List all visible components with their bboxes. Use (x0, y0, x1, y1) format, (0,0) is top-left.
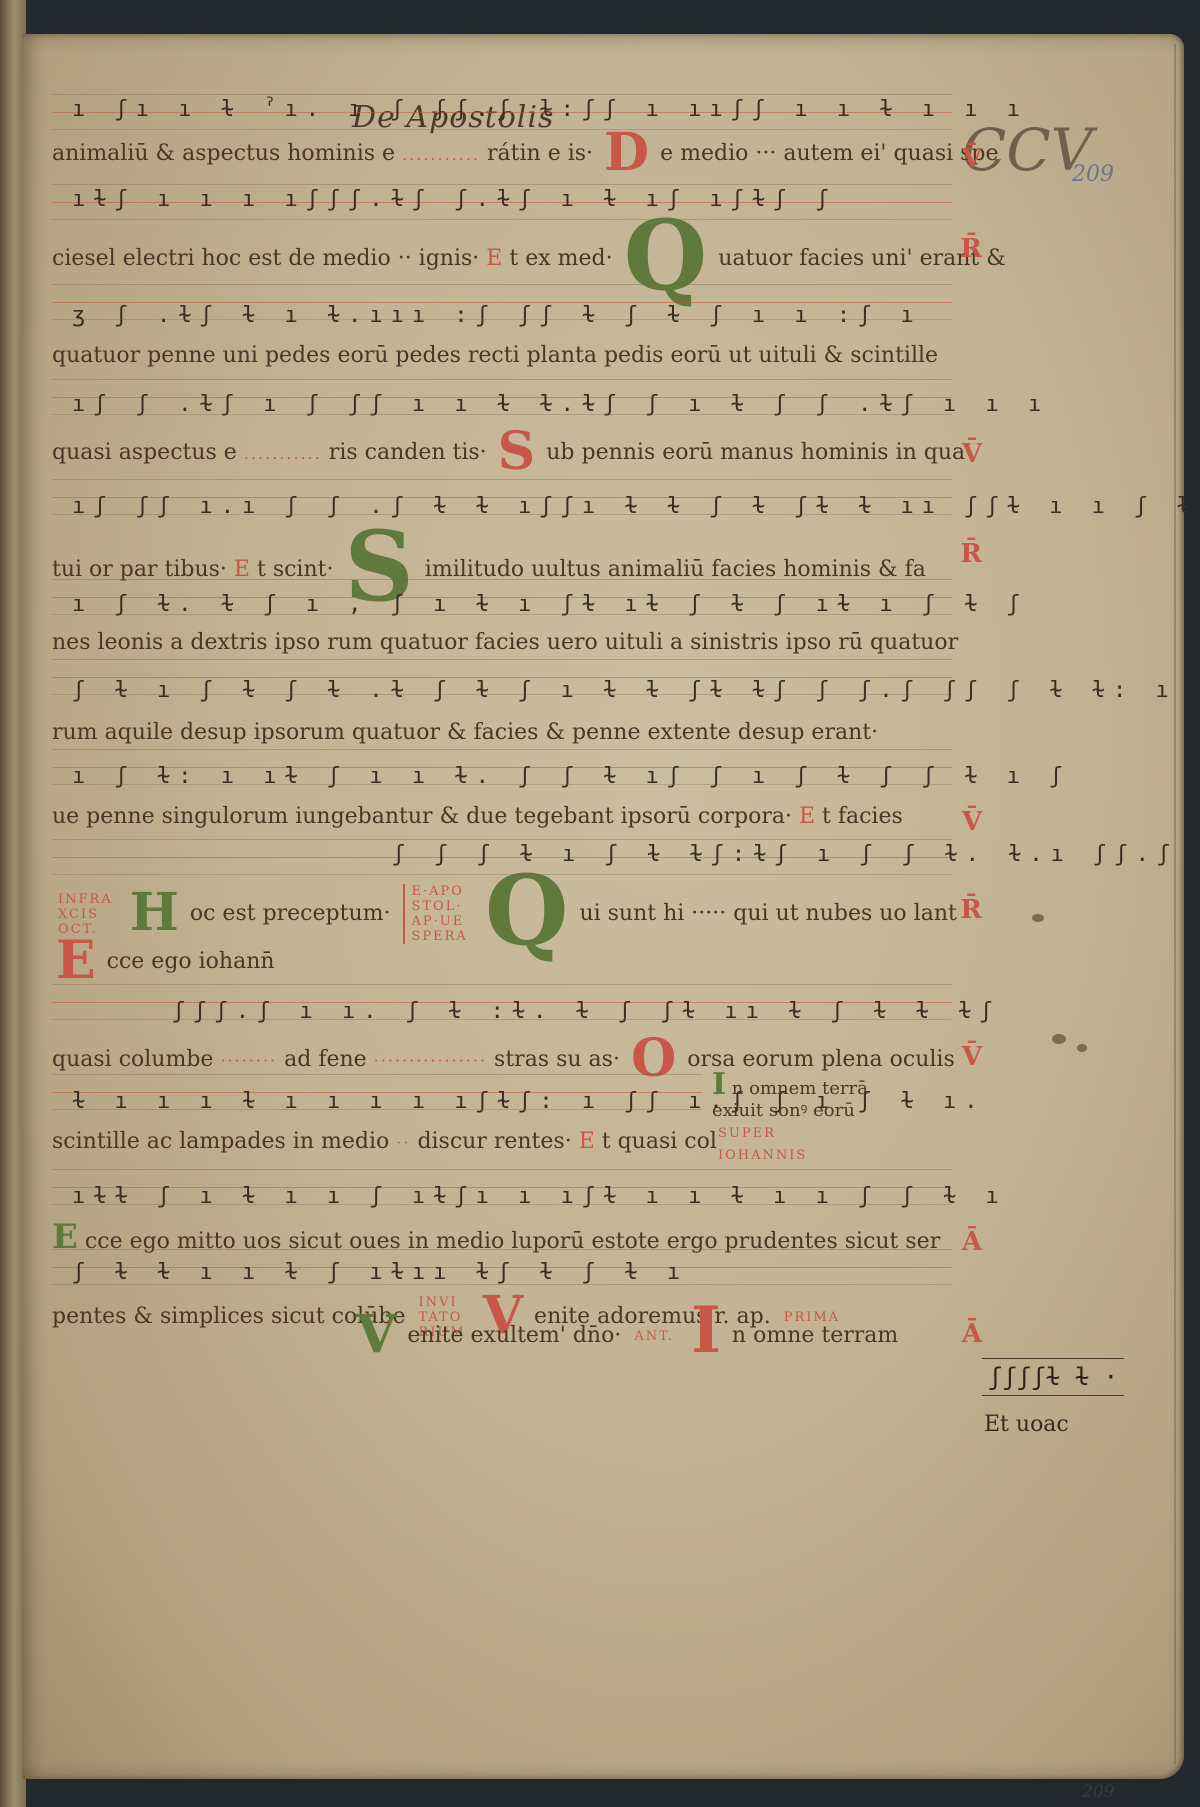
green-initial-i: I (712, 1067, 726, 1102)
lyric-text: nes leonis a dextris ipso rum quatuor fa… (52, 628, 952, 658)
red-initial-i: I (691, 1309, 721, 1353)
ink-blot (1077, 1044, 1087, 1052)
chant-line: ı ʃı ı ɫ ˀı. ı ʃ ʃʃ.ʃ ɫ:ʃʃ ı ııʃʃ ı ı ɫ … (52, 94, 952, 175)
folio-number-bottom: 209 (1082, 1782, 1114, 1802)
responsory-mark: R̄ (960, 539, 982, 569)
chant-line: ʒ ʃ .ɫʃ ɫ ı ɫ.ııı :ʃ ʃʃ ɫ ʃ ɫ ʃ ı ı :ʃ ı… (52, 284, 952, 371)
folio-number-pencil: 209 (1072, 162, 1114, 187)
lyric-text: rum aquile desup ipsorum quatuor & facie… (52, 718, 952, 748)
versicle-mark: V̄ (962, 1042, 982, 1072)
neumes: ʃ ɫ ı ʃ ɫ ʃ ɫ .ɫ ʃ ɫ ʃ ı ɫ ɫ ʃɫ ɫʃ ʃ ʃ.ʃ… (72, 678, 1177, 703)
ink-blot (1052, 1034, 1066, 1044)
neumes: ıʃ ʃʃ ı.ı ʃ ʃ .ʃ ɫ ɫ ıʃʃı ɫ ɫ ʃ ɫ ʃɫ ɫ ı… (72, 494, 1198, 519)
staff: ı ʃ ɫ. ɫ ʃ ı , ʃ ı ɫ ı ʃɫ ıɫ ʃ ɫ ʃ ıɫ ı … (52, 579, 952, 628)
neumes: ı ʃ ɫ: ı ıɫ ʃ ı ı ɫ. ʃ ʃ ɫ ıʃ ʃ ı ʃ ɫ ʃ … (72, 764, 1071, 789)
antiphon-mark: Ā (962, 1319, 982, 1349)
staff: ʃ ɫ ɫ ı ı ɫ ʃ ıɫıı ɫʃ ɫ ʃ ɫ ı (52, 1249, 952, 1294)
rubric-box: e·apostol·ap·uespera (403, 884, 467, 944)
staff: ı ʃı ı ɫ ˀı. ı ʃ ʃʃ.ʃ ɫ:ʃʃ ı ııʃʃ ı ı ɫ … (52, 94, 952, 131)
neumes: ı ʃı ı ɫ ˀı. ı ʃ ʃʃ.ʃ ɫ:ʃʃ ı ııʃʃ ı ı ɫ … (72, 97, 1028, 122)
chant-line: ıɫʃ ı ı ı ıʃʃʃ.ɫʃ ʃ.ɫʃ ı ɫ ıʃ ıʃɫʃ ʃ cie… (52, 184, 952, 291)
neumes: ıʃ ʃ .ɫʃ ı ʃ ʃʃ ı ı ɫ ɫ.ɫʃ ʃ ı ɫ ʃ ʃ .ɫʃ… (72, 392, 1049, 417)
versicle-mark: V̄ (962, 439, 982, 469)
lyric-text: ue penne singulorum iungebantur & due te… (52, 802, 952, 832)
staff: ʒ ʃ .ɫʃ ɫ ı ɫ.ııı :ʃ ʃʃ ɫ ʃ ɫ ʃ ı ı :ʃ ı (52, 284, 952, 341)
neumes: ʃʃʃ.ʃ ı ı. ʃ ɫ :ɫ. ɫ ʃ ʃɫ ıı ɫ ʃ ɫ ɫ ɫʃ (172, 999, 1001, 1024)
chant-line: ıʃ ʃ .ɫʃ ı ʃ ʃʃ ı ı ɫ ɫ.ɫʃ ʃ ı ɫ ʃ ʃ .ɫʃ… (52, 379, 952, 474)
neumes: ı ʃ ɫ. ɫ ʃ ı , ʃ ı ɫ ı ʃɫ ıɫ ʃ ɫ ʃ ıɫ ı … (72, 592, 1028, 617)
chant-line: ı ʃ ɫ: ı ıɫ ʃ ı ı ɫ. ʃ ʃ ɫ ıʃ ʃ ı ʃ ɫ ʃ … (52, 749, 952, 832)
neumes: ʃ ʃ ʃ ɫ ı ʃ ɫ ɫʃ:ɫʃ ı ʃ ʃ ɫ. ɫ.ı ʃʃ.ʃ (392, 842, 1178, 867)
chant-line: E cce ego iohann̄ (52, 939, 352, 983)
staff: ʃ ɫ ı ʃ ɫ ʃ ɫ .ɫ ʃ ɫ ʃ ı ɫ ɫ ʃɫ ɫʃ ʃ ʃ.ʃ… (52, 659, 952, 718)
decorated-initial-s: S (498, 430, 536, 474)
lyric-text: animaliū & aspectus hominis e ..........… (52, 131, 952, 175)
lyric-text: quasi aspectus e ........... ris canden … (52, 430, 952, 474)
neumes: ıɫɫ ʃ ı ɫ ı ı ʃ ıɫʃı ı ıʃɫ ı ı ɫ ı ı ʃ ʃ… (72, 1184, 1007, 1209)
green-initial-h: H (130, 891, 179, 935)
staff: ıɫɫ ʃ ı ɫ ı ı ʃ ıɫʃı ı ıʃɫ ı ı ɫ ı ı ʃ ʃ… (52, 1169, 952, 1222)
responsory-mark: R̄ (960, 895, 982, 925)
staff: ɫ ı ı ı ɫ ı ı ı ı ıʃɫʃ: ı ʃʃ ı.ʃ ʃ ı ʃ ɫ… (52, 1074, 702, 1127)
staff: ıʃ ʃʃ ı.ı ʃ ʃ .ʃ ɫ ɫ ıʃʃı ɫ ɫ ʃ ɫ ʃɫ ɫ ı… (52, 479, 952, 532)
lyric-text: ciesel electri hoc est de medio ·· ignis… (52, 221, 952, 291)
neumes: ʒ ʃ .ɫʃ ɫ ı ɫ.ııı :ʃ ʃʃ ɫ ʃ ɫ ʃ ı ı :ʃ ı (72, 303, 922, 328)
chant-line: ʃ ʃ ʃ ɫ ı ʃ ɫ ɫʃ:ɫʃ ı ʃ ʃ ɫ. ɫ.ı ʃʃ.ʃ In… (52, 839, 952, 946)
versicle-mark: V̄ (962, 144, 982, 174)
chant-line: V enite exultem' dn̄o· Ant. I n omne ter… (352, 1309, 952, 1357)
green-initial-v: V (356, 1313, 396, 1357)
staff: ı ʃ ɫ: ı ıɫ ʃ ı ı ɫ. ʃ ʃ ɫ ıʃ ʃ ı ʃ ɫ ʃ … (52, 749, 952, 802)
decorated-initial-q: Q (624, 221, 708, 291)
versicle-mark: V̄ (962, 807, 982, 837)
marginal-text: Et uoac (984, 1412, 1069, 1437)
lyric-text: quatuor penne uni pedes eorū pedes recti… (52, 341, 952, 371)
decorated-initial-d: D (604, 131, 649, 175)
staff: ʃʃʃ.ʃ ı ı. ʃ ɫ :ɫ. ɫ ʃ ʃɫ ıı ɫ ʃ ɫ ɫ ɫʃ (52, 984, 952, 1037)
staff: ıɫʃ ı ı ı ıʃʃʃ.ɫʃ ʃ.ɫʃ ı ɫ ıʃ ıʃɫʃ ʃ (52, 184, 952, 221)
ink-blot (1032, 914, 1044, 922)
chant-line: ɫ ı ı ı ɫ ı ı ı ı ıʃɫʃ: ı ʃʃ ı.ʃ ʃ ı ʃ ɫ… (52, 1074, 702, 1158)
chant-line: ʃ ɫ ı ʃ ɫ ʃ ɫ .ɫ ʃ ɫ ʃ ı ɫ ɫ ʃɫ ɫʃ ʃ ʃ.ʃ… (52, 659, 952, 748)
decorated-initial-q-large: Q (485, 876, 569, 946)
staff: ıʃ ʃ .ɫʃ ı ʃ ʃʃ ı ı ɫ ɫ.ɫʃ ʃ ı ɫ ʃ ʃ .ɫʃ… (52, 379, 952, 430)
lyric-text: Infraxcisoct. H oc est preceptum· e·apos… (52, 876, 952, 946)
chant-line: ı ʃ ɫ. ɫ ʃ ı , ʃ ı ɫ ı ʃɫ ıɫ ʃ ɫ ʃ ıɫ ı … (52, 579, 952, 658)
chant-line: ıɫɫ ʃ ı ɫ ı ı ʃ ıɫʃı ı ıʃɫ ı ı ɫ ı ı ʃ ʃ… (52, 1169, 952, 1257)
chant-line: ʃʃʃ.ʃ ı ı. ʃ ɫ :ɫ. ɫ ʃ ʃɫ ıı ɫ ʃ ɫ ɫ ɫʃ … (52, 984, 952, 1081)
antiphon-mark: Ā (962, 1227, 982, 1257)
side-antiphon: I n omnem terrā exiuit sonꝰ eorū Super I… (712, 1074, 952, 1166)
neumes: ıɫʃ ı ı ı ıʃʃʃ.ɫʃ ʃ.ɫʃ ı ɫ ıʃ ıʃɫʃ ʃ (72, 187, 837, 212)
lyric-text: E cce ego iohann̄ (52, 939, 352, 983)
responsory-mark: R̄ (960, 234, 982, 264)
red-initial-e: E (56, 939, 96, 983)
staff: ʃ ʃ ʃ ɫ ı ʃ ɫ ɫʃ:ɫʃ ı ʃ ʃ ɫ. ɫ.ı ʃʃ.ʃ (52, 839, 952, 876)
lyric-text: V enite exultem' dn̄o· Ant. I n omne ter… (352, 1309, 952, 1357)
manuscript-page: De Apostolis CCV 209 209 ı ʃı ı ɫ ˀı. ı … (22, 34, 1184, 1779)
lyric-text: scintille ac lampades in medio ·· discur… (52, 1127, 702, 1158)
neumes: ʃ ɫ ɫ ı ı ɫ ʃ ıɫıı ɫʃ ɫ ʃ ɫ ı (72, 1260, 688, 1285)
marginal-neumes: ʃʃʃʃɫ ɫ · (982, 1358, 1124, 1396)
